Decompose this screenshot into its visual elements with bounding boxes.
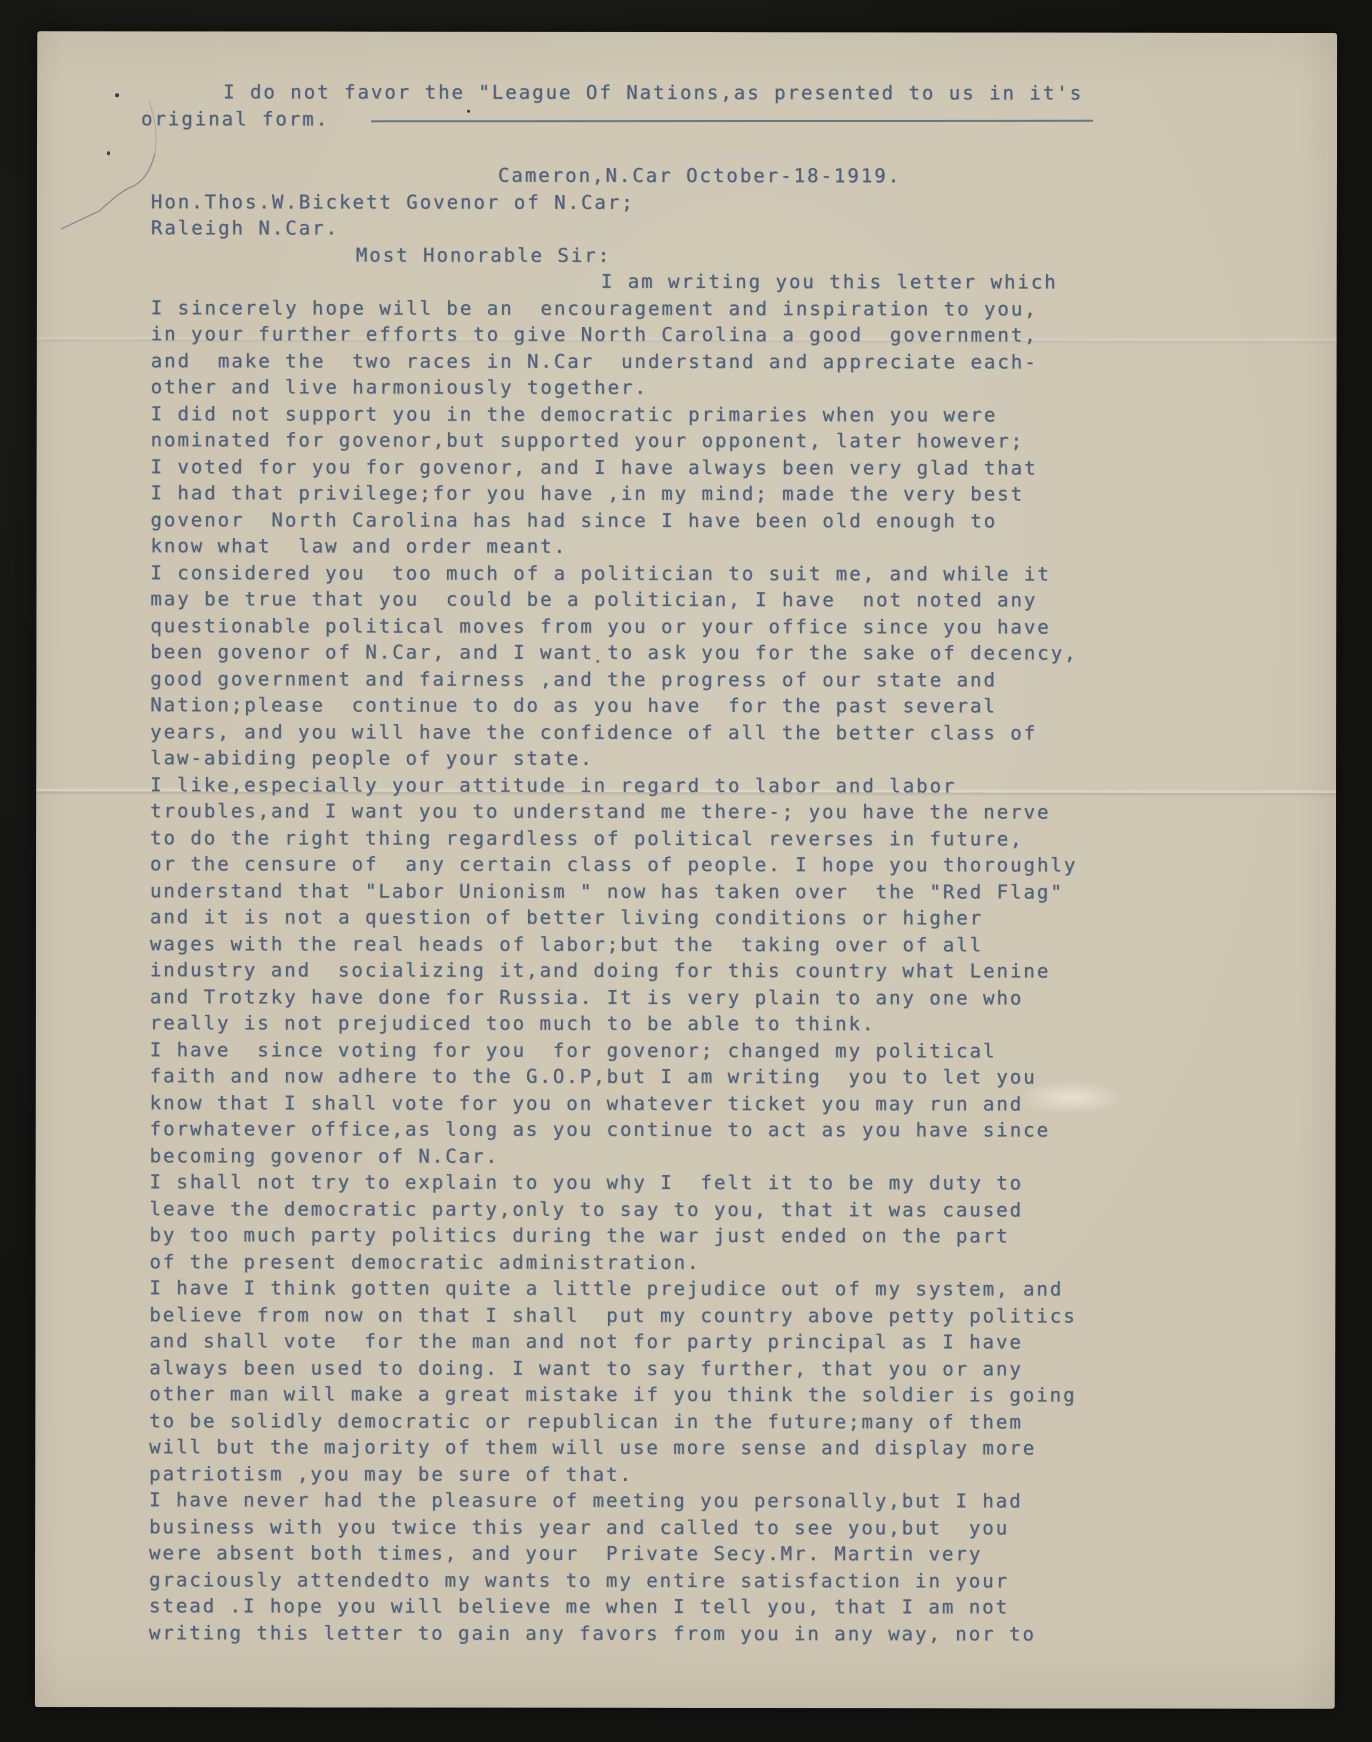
letter-line: I voted for you for govenor, and I have … bbox=[151, 454, 1281, 482]
header-statement-line2-text: original form. bbox=[141, 106, 329, 133]
letter-line: patriotism ,you may be sure of that. bbox=[149, 1461, 1279, 1489]
letter-line: good government and fairness ,and the pr… bbox=[150, 666, 1280, 694]
letter-line: questionable political moves from you or… bbox=[150, 613, 1280, 641]
statement-underline bbox=[371, 118, 1093, 122]
letter-line: been govenor of N.Car, and I want to ask… bbox=[150, 639, 1280, 667]
letter-line: always been used to doing. I want to say… bbox=[149, 1355, 1279, 1383]
letter-line: other and live harmoniously together. bbox=[151, 374, 1281, 402]
letter-line: of the present democratic administration… bbox=[149, 1249, 1279, 1277]
letter-line: and Trotzky have done for Russia. It is … bbox=[150, 984, 1280, 1012]
letter-line: and make the two races in N.Car understa… bbox=[151, 348, 1281, 376]
letter-line: I did not support you in the democratic … bbox=[151, 401, 1281, 429]
letter-line: believe from now on that I shall put my … bbox=[149, 1302, 1279, 1330]
letter-line: were absent both times, and your Private… bbox=[149, 1540, 1279, 1568]
letter-line: will but the majority of them will use m… bbox=[149, 1434, 1279, 1462]
header-statement-line1: I do not favor the "League Of Nations,as… bbox=[151, 79, 1281, 107]
letter-line: Nation;please continue to do as you have… bbox=[150, 692, 1280, 720]
letter-line: other man will make a great mistake if y… bbox=[149, 1381, 1279, 1409]
letter-line: may be true that you could be a politici… bbox=[150, 586, 1280, 614]
letter-line: wages with the real heads of labor;but t… bbox=[150, 931, 1280, 959]
letter-line: I considered you too much of a politicia… bbox=[150, 560, 1280, 588]
letter-line: stead .I hope you will believe me when I… bbox=[149, 1593, 1279, 1621]
header-statement-line2: original form. bbox=[141, 106, 1281, 134]
letter-text: I do not favor the "League Of Nations,as… bbox=[149, 79, 1281, 1648]
body-lines: I sincerely hope will be an encouragemen… bbox=[149, 295, 1281, 1648]
letter-line: understand that "Labor Unionism " now ha… bbox=[150, 878, 1280, 906]
letter-line: or the censure of any certain class of p… bbox=[150, 851, 1280, 879]
paper-speck bbox=[115, 93, 119, 97]
dateline: Cameron,N.Car October-18-1919. bbox=[151, 162, 1281, 190]
letter-line: graciously attendedto my wants to my ent… bbox=[149, 1567, 1279, 1595]
letter-line: industry and socializing it,and doing fo… bbox=[150, 957, 1280, 985]
letter-line: faith and now adhere to the G.O.P,but I … bbox=[150, 1063, 1280, 1091]
letter-line: I shall not try to explain to you why I … bbox=[150, 1169, 1280, 1197]
letter-line: I sincerely hope will be an encouragemen… bbox=[151, 295, 1281, 323]
letter-line: business with you twice this year and ca… bbox=[149, 1514, 1279, 1542]
letter-line: know what law and order meant. bbox=[150, 533, 1280, 561]
letter-line: by too much party politics during the wa… bbox=[149, 1222, 1279, 1250]
letter-line: I have never had the pleasure of meeting… bbox=[149, 1487, 1279, 1515]
letter-line: nominated for govenor,but supported your… bbox=[151, 427, 1281, 455]
letter-line: to be solidly democratic or republican i… bbox=[149, 1408, 1279, 1436]
letter-line: I like,especially your attitude in regar… bbox=[150, 772, 1280, 800]
salutation: Most Honorable Sir: bbox=[151, 242, 1281, 270]
letter-line: years, and you will have the confidence … bbox=[150, 719, 1280, 747]
letter-line: troubles,and I want you to understand me… bbox=[150, 798, 1280, 826]
letter-line: forwhatever office,as long as you contin… bbox=[150, 1116, 1280, 1144]
letter-line: I have I think gotten quite a little pre… bbox=[149, 1275, 1279, 1303]
letter-line: and shall vote for the man and not for p… bbox=[149, 1328, 1279, 1356]
opening-line: I am writing you this letter which bbox=[151, 268, 1281, 296]
letter-line: writing this letter to gain any favors f… bbox=[149, 1620, 1279, 1648]
letter-line: to do the right thing regardless of poli… bbox=[150, 825, 1280, 853]
paper-speck bbox=[107, 151, 110, 155]
letter-line: govenor North Carolina has had since I h… bbox=[150, 507, 1280, 535]
letter-line: really is not prejudiced too much to be … bbox=[150, 1010, 1280, 1038]
letter-line: and it is not a question of better livin… bbox=[150, 904, 1280, 932]
letter-line: becoming govenor of N.Car. bbox=[150, 1143, 1280, 1171]
letter-line: law-abiding people of your state. bbox=[150, 745, 1280, 773]
letter-paper: I do not favor the "League Of Nations,as… bbox=[35, 31, 1337, 1709]
letter-line: I have since voting for you for govenor;… bbox=[150, 1037, 1280, 1065]
letter-line: leave the democratic party,only to say t… bbox=[150, 1196, 1280, 1224]
letter-line: Raleigh N.Car. bbox=[151, 215, 1281, 243]
scan-background: I do not favor the "League Of Nations,as… bbox=[0, 0, 1372, 1742]
letter-line: know that I shall vote for you on whatev… bbox=[150, 1090, 1280, 1118]
letter-line: I had that privilege;for you have ,in my… bbox=[151, 480, 1281, 508]
letter-line: in your further efforts to give North Ca… bbox=[151, 321, 1281, 349]
recipient-block: Hon.Thos.W.Bickett Govenor of N.Car;Rale… bbox=[151, 189, 1281, 244]
letter-line: Hon.Thos.W.Bickett Govenor of N.Car; bbox=[151, 189, 1281, 217]
